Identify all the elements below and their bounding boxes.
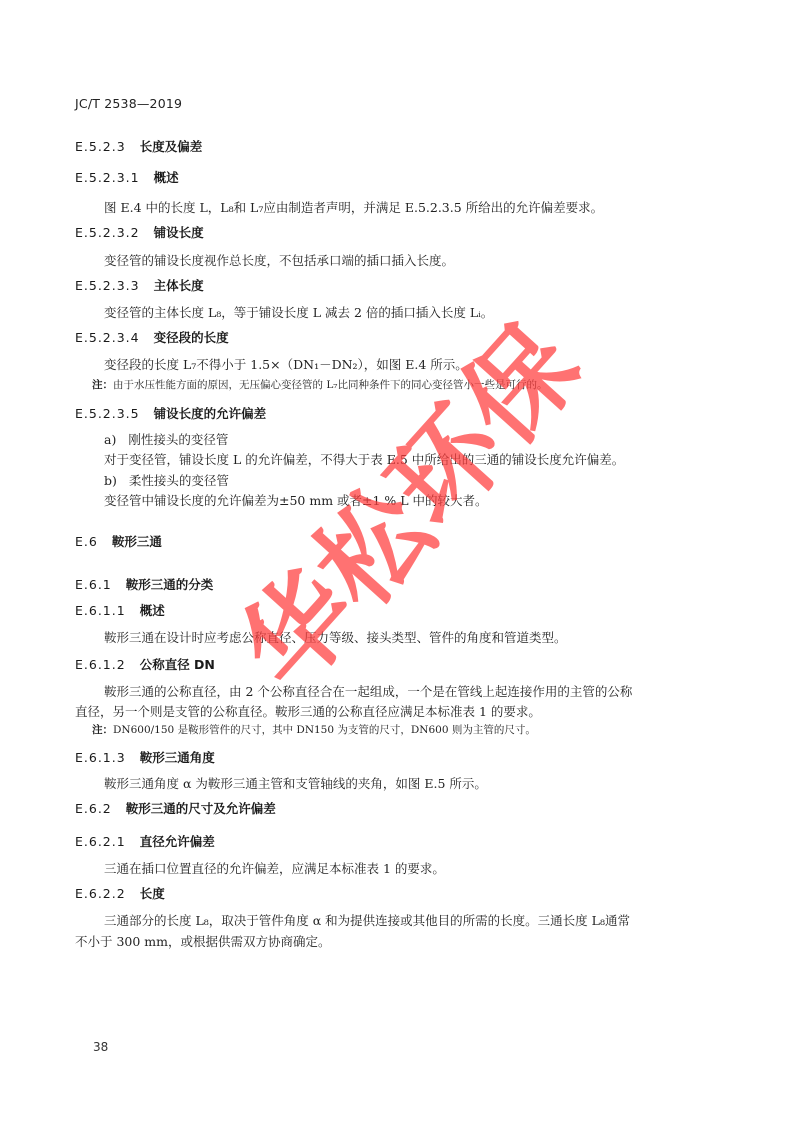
heading-e622: E.6.2.2长度 [75,884,165,902]
list-item-a: a)刚性接头的变径管 [104,430,228,448]
heading-title: 长度及偏差 [140,139,203,154]
list-marker: b) [104,473,117,488]
heading-title: 直径允许偏差 [140,834,215,849]
paragraph-e622-line1: 三通部分的长度 L₈，取决于管件角度 α 和为提供连接或其他目的所需的长度。三通… [104,911,630,929]
paragraph-e613: 鞍形三通角度 α 为鞍形三通主管和支管轴线的夹角，如图 E.5 所示。 [104,774,487,792]
heading-e5235: E.5.2.3.5铺设长度的允许偏差 [75,404,266,422]
note-text: 由于水压性能方面的原因，无压偏心变径管的 L₇比同种条件下的同心变径管小一些是可… [113,379,548,391]
paragraph-item-b: 变径管中铺设长度的允许偏差为±50 mm 或者±1 % L 中的较大者。 [104,491,488,509]
heading-number: E.6.2.2 [75,886,126,901]
paragraph-e612-line1: 鞍形三通的公称直径，由 2 个公称直径合在一起组成，一个是在管线上起连接作用的主… [104,682,632,700]
paragraph-e5231: 图 E.4 中的长度 L，L₈和 L₇应由制造者声明，并满足 E.5.2.3.5… [104,198,603,216]
note-label: 注： [92,724,113,736]
heading-title: 概述 [140,603,165,618]
heading-title: 鞍形三通的分类 [126,577,214,592]
heading-title: 鞍形三通 [112,534,162,549]
heading-e6: E.6鞍形三通 [75,532,162,550]
heading-e5234: E.5.2.3.4变径段的长度 [75,328,229,346]
heading-number: E.5.2.3.4 [75,330,140,345]
heading-number: E.6.1.2 [75,657,126,672]
page-number: 38 [93,1040,108,1054]
document-page: JC/T 2538—2019 E.5.2.3长度及偏差 E.5.2.3.1概述 … [0,0,800,1131]
heading-number: E.6 [75,534,98,549]
paragraph-e612-line2: 直径，另一个则是支管的公称直径。鞍形三通的公称直径应满足本标准表 1 的要求。 [75,702,541,720]
heading-title: 铺设长度 [154,225,204,240]
heading-number: E.5.2.3 [75,139,126,154]
paragraph-e622-line2: 不小于 300 mm，或根据供需双方协商确定。 [75,932,331,950]
standard-code: JC/T 2538—2019 [75,96,182,111]
heading-number: E.5.2.3.1 [75,170,140,185]
note-e5234: 注：由于水压性能方面的原因，无压偏心变径管的 L₇比同种条件下的同心变径管小一些… [92,377,548,392]
heading-e5233: E.5.2.3.3主体长度 [75,276,204,294]
list-item-b: b)柔性接头的变径管 [104,471,229,489]
note-text: DN600/150 是鞍形管件的尺寸，其中 DN150 为支管的尺寸，DN600… [113,724,536,736]
heading-e612: E.6.1.2公称直径 DN [75,655,215,673]
list-item-title: 刚性接头的变径管 [128,432,228,447]
heading-title: 鞍形三通角度 [140,750,215,765]
heading-number: E.5.2.3.3 [75,278,140,293]
heading-e613: E.6.1.3鞍形三通角度 [75,748,215,766]
list-item-title: 柔性接头的变径管 [129,473,229,488]
paragraph-e611: 鞍形三通在设计时应考虑公称直径、压力等级、接头类型、管件的角度和管道类型。 [104,628,567,646]
heading-number: E.6.2.1 [75,834,126,849]
heading-title: 主体长度 [154,278,204,293]
note-e612: 注：DN600/150 是鞍形管件的尺寸，其中 DN150 为支管的尺寸，DN6… [92,722,536,737]
heading-number: E.6.2 [75,801,112,816]
heading-e523: E.5.2.3长度及偏差 [75,137,202,155]
heading-e611: E.6.1.1概述 [75,601,165,619]
heading-number: E.6.1.3 [75,750,126,765]
list-marker: a) [104,432,116,447]
heading-e5231: E.5.2.3.1概述 [75,168,179,186]
heading-title: 变径段的长度 [154,330,229,345]
heading-title: 铺设长度的允许偏差 [154,406,267,421]
heading-number: E.6.1 [75,577,112,592]
paragraph-e621: 三通在插口位置直径的允许偏差，应满足本标准表 1 的要求。 [104,859,445,877]
heading-e621: E.6.2.1直径允许偏差 [75,832,215,850]
heading-e62: E.6.2鞍形三通的尺寸及允许偏差 [75,799,276,817]
heading-title: 概述 [154,170,179,185]
heading-title: 公称直径 DN [140,657,215,672]
paragraph-item-a: 对于变径管，铺设长度 L 的允许偏差，不得大于表 E.5 中所给出的三通的铺设长… [104,450,624,468]
paragraph-e5232: 变径管的铺设长度视作总长度，不包括承口端的插口插入长度。 [104,251,454,269]
paragraph-e5234: 变径段的长度 L₇不得小于 1.5×（DN₁－DN₂），如图 E.4 所示。 [104,355,468,373]
paragraph-e5233: 变径管的主体长度 L₈，等于铺设长度 L 减去 2 倍的插口插入长度 Lᵢ。 [104,303,493,321]
heading-e5232: E.5.2.3.2铺设长度 [75,223,204,241]
heading-number: E.6.1.1 [75,603,126,618]
heading-number: E.5.2.3.2 [75,225,140,240]
heading-e61: E.6.1鞍形三通的分类 [75,575,213,593]
heading-title: 长度 [140,886,165,901]
heading-title: 鞍形三通的尺寸及允许偏差 [126,801,276,816]
note-label: 注： [92,379,113,391]
heading-number: E.5.2.3.5 [75,406,140,421]
